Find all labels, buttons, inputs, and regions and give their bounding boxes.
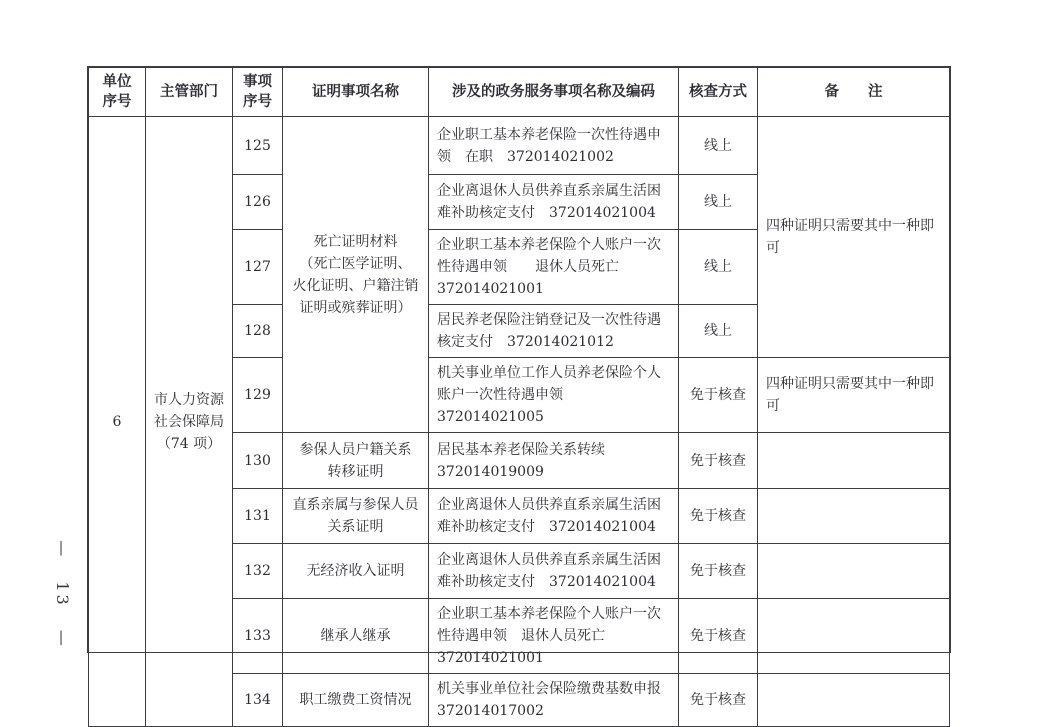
header-remark: 备 注 — [758, 68, 950, 117]
cell-verify-method: 线上 — [679, 175, 758, 230]
cell-remark: 四种证明只需要其中一种即 可 — [758, 358, 950, 433]
cell-verify-method: 线上 — [679, 230, 758, 305]
cell-remark-merged: 四种证明只需要其中一种即 可 — [758, 117, 950, 358]
cell-item-no: 134 — [233, 674, 283, 727]
cell-verify-method: 免于核查 — [679, 544, 758, 599]
cell-item-no: 131 — [233, 489, 283, 544]
page-number: — 13 — — [53, 522, 72, 667]
cell-service: 企业离退休人员供养直系亲属生活困 难补助核定支付 372014021004 — [429, 544, 679, 599]
cell-remark — [758, 674, 950, 727]
cell-service: 机关事业单位社会保险缴费基数申报 372014017002 — [429, 674, 679, 727]
table-row: 6 市人力资源 社会保障局 （74 项） 125 死亡证明材料 （死亡医学证明、… — [89, 117, 950, 175]
cell-service: 企业职工基本养老保险个人账户一次 性待遇申领 退休人员死亡 3720140210… — [429, 230, 679, 305]
cell-cert-name: 无经济收入证明 — [283, 544, 429, 599]
cell-department: 市人力资源 社会保障局 （74 项） — [146, 117, 233, 727]
cell-item-no: 125 — [233, 117, 283, 175]
cell-remark — [758, 544, 950, 599]
cell-service: 居民养老保险注销登记及一次性待遇 核定支付 372014021012 — [429, 305, 679, 358]
cell-service: 企业职工基本养老保险一次性待遇申 领 在职 372014021002 — [429, 117, 679, 175]
cell-remark — [758, 433, 950, 489]
cell-service: 居民基本养老保险关系转续 372014019009 — [429, 433, 679, 489]
cell-cert-name-merged: 死亡证明材料 （死亡医学证明、 火化证明、户籍注销 证明或殡葬证明） — [283, 117, 429, 433]
cell-item-no: 132 — [233, 544, 283, 599]
certification-items-table: 单位 序号 主管部门 事项 序号 证明事项名称 涉及的政务服务事项名称及编码 核… — [88, 67, 950, 727]
cell-verify-method: 免于核查 — [679, 674, 758, 727]
cell-service: 机关事业单位工作人员养老保险个人 账户一次性待遇申领 372014021005 — [429, 358, 679, 433]
cell-verify-method: 免于核查 — [679, 358, 758, 433]
header-verify-method: 核查方式 — [679, 68, 758, 117]
table-header-row: 单位 序号 主管部门 事项 序号 证明事项名称 涉及的政务服务事项名称及编码 核… — [89, 68, 950, 117]
cell-cert-name: 职工缴费工资情况 — [283, 674, 429, 727]
header-item-no: 事项 序号 — [233, 68, 283, 117]
cell-remark — [758, 599, 950, 674]
cell-unit-serial: 6 — [89, 117, 146, 727]
header-unit-no: 单位 序号 — [89, 68, 146, 117]
cell-service: 企业离退休人员供养直系亲属生活困 难补助核定支付 372014021004 — [429, 489, 679, 544]
cell-verify-method: 免于核查 — [679, 433, 758, 489]
cell-cert-name: 继承人继承 — [283, 599, 429, 674]
cell-cert-name: 参保人员户籍关系 转移证明 — [283, 433, 429, 489]
cell-service: 企业职工基本养老保险个人账户一次 性待遇申领 退休人员死亡 3720140210… — [429, 599, 679, 674]
cell-item-no: 126 — [233, 175, 283, 230]
header-cert-name: 证明事项名称 — [283, 68, 429, 117]
header-department: 主管部门 — [146, 68, 233, 117]
cell-cert-name: 直系亲属与参保人员 关系证明 — [283, 489, 429, 544]
cell-verify-method: 免于核查 — [679, 489, 758, 544]
cell-item-no: 133 — [233, 599, 283, 674]
cell-service: 企业离退休人员供养直系亲属生活困 难补助核定支付 372014021004 — [429, 175, 679, 230]
cell-item-no: 128 — [233, 305, 283, 358]
cell-item-no: 130 — [233, 433, 283, 489]
cell-remark — [758, 489, 950, 544]
header-service-name: 涉及的政务服务事项名称及编码 — [429, 68, 679, 117]
cell-verify-method: 线上 — [679, 305, 758, 358]
cell-verify-method: 线上 — [679, 117, 758, 175]
cell-verify-method: 免于核查 — [679, 599, 758, 674]
cell-item-no: 127 — [233, 230, 283, 305]
cell-item-no: 129 — [233, 358, 283, 433]
